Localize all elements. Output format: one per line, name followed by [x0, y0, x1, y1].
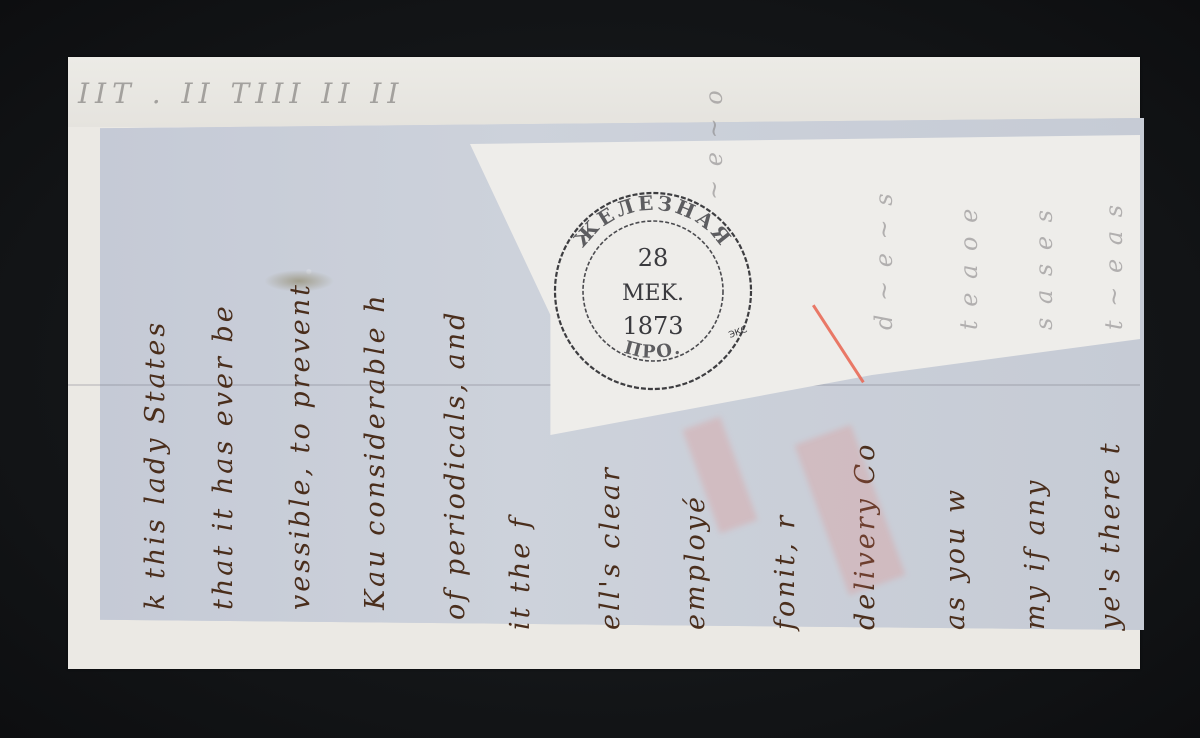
- circular-datestamp: ЖЕЛЕЗНАЯ ПРО. ЭКС 28 MEK. 1873: [550, 188, 756, 394]
- handwriting-line: ell's clear: [595, 420, 626, 630]
- handwriting-line: it the f: [505, 400, 536, 630]
- handwriting-line: Kau considerable h: [360, 150, 391, 610]
- bottom-fold-band: [68, 625, 1140, 669]
- svg-text:ЖЕЛЕЗНАЯ: ЖЕЛЕЗНАЯ: [569, 191, 738, 252]
- bleed-through-text: IIT . II TIII II II: [78, 77, 404, 110]
- svg-text:1873: 1873: [622, 312, 683, 340]
- postmark-icon: ЖЕЛЕЗНАЯ ПРО. ЭКС 28 MEK. 1873: [550, 188, 756, 394]
- svg-text:MEK.: MEK.: [622, 281, 684, 306]
- faint-handwriting: t ~ e a s: [1100, 70, 1128, 330]
- faint-handwriting: t e a o e: [955, 70, 983, 330]
- handwriting-line: of periodicals, and: [440, 130, 471, 620]
- faint-handwriting: d ~ e ~ s: [870, 70, 898, 330]
- svg-text:ПРО.: ПРО.: [622, 337, 684, 363]
- svg-text:28: 28: [638, 244, 669, 272]
- handwriting-line: that it has ever be: [208, 150, 239, 610]
- faint-handwriting: s a s e s: [1030, 70, 1058, 330]
- handwriting-line: my if any: [1020, 360, 1051, 630]
- faint-handwriting: ~ e ~ o: [700, 70, 728, 200]
- handwriting-line: vessible, to prevent: [285, 150, 316, 610]
- handwriting-line: ye's there t: [1095, 380, 1126, 630]
- handwriting-line: as you w: [940, 370, 971, 630]
- handwriting-line: k this lady States: [140, 150, 171, 610]
- handwriting-line: fonit, r: [770, 400, 801, 630]
